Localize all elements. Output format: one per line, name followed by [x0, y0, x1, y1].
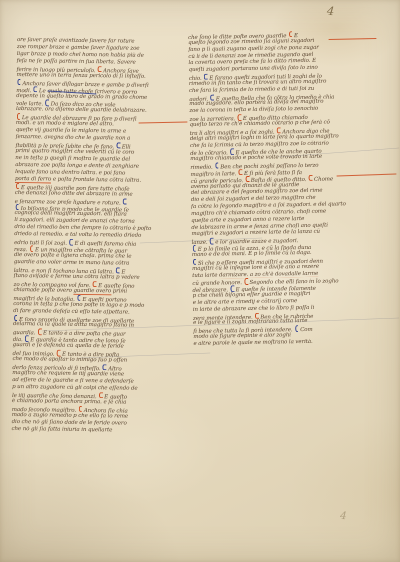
- blue-pilcrow-mark: [34, 86, 38, 92]
- red-pilcrow-mark: [245, 176, 249, 182]
- blue-pilcrow-mark: [215, 163, 219, 169]
- red-pilcrow-mark: [57, 350, 61, 356]
- blue-pilcrow-mark: [25, 335, 29, 341]
- blue-pilcrow-mark: [69, 239, 73, 245]
- red-pilcrow-mark: [277, 127, 281, 133]
- red-pilcrow-mark: [289, 31, 293, 37]
- blue-pilcrow-mark: [116, 142, 120, 148]
- red-pilcrow-mark: [244, 278, 248, 284]
- red-pilcrow-mark: [16, 113, 20, 119]
- blue-pilcrow-mark: [77, 295, 81, 301]
- blue-pilcrow-mark: [192, 245, 196, 251]
- blue-pilcrow-mark: [123, 198, 127, 204]
- text-column-right: che ſono le ditte poſte overo guardie Eq…: [188, 30, 377, 348]
- text-column-left: ore ſaver preſe avantizade ſavere far ro…: [11, 37, 177, 435]
- blue-pilcrow-mark: [210, 238, 214, 244]
- red-pilcrow-mark: [238, 169, 242, 175]
- folio-number-top: 4: [326, 4, 335, 19]
- blue-pilcrow-mark: [230, 149, 234, 155]
- text-line: che nō gli ſia fatta iniuria in quellart…: [11, 425, 171, 434]
- blue-pilcrow-mark: [45, 100, 49, 106]
- red-pilcrow-mark: [255, 312, 259, 318]
- blue-pilcrow-mark: [116, 267, 120, 273]
- red-pilcrow-mark: [78, 406, 82, 412]
- red-pilcrow-mark: [99, 392, 103, 398]
- blue-pilcrow-mark: [17, 79, 21, 85]
- red-pilcrow-mark: [38, 329, 42, 335]
- red-pilcrow-mark: [98, 66, 102, 72]
- blue-pilcrow-mark: [295, 325, 299, 331]
- blue-pilcrow-mark: [193, 259, 197, 265]
- red-pilcrow-mark: [93, 281, 97, 287]
- blue-pilcrow-mark: [204, 74, 208, 80]
- blue-pilcrow-mark: [14, 314, 18, 320]
- red-pilcrow-mark: [309, 175, 313, 181]
- blue-pilcrow-mark: [230, 285, 234, 291]
- manuscript-page: 4 ore ſaver preſe avantizade ſavere far …: [0, 0, 400, 562]
- blue-pilcrow-mark: [210, 94, 214, 100]
- red-pilcrow-mark: [237, 114, 241, 120]
- blue-pilcrow-mark: [15, 203, 19, 209]
- folio-number-bottom: 4: [340, 510, 347, 522]
- blue-pilcrow-mark: [103, 364, 107, 370]
- red-pilcrow-mark: [15, 183, 19, 189]
- red-pilcrow-mark: [30, 245, 34, 251]
